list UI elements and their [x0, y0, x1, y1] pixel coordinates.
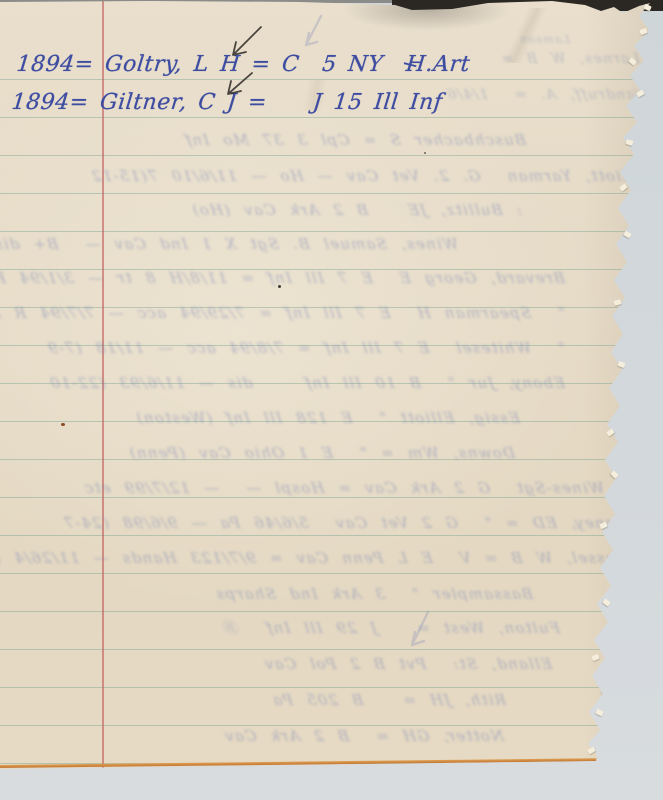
arrow-mark-icon: [228, 73, 252, 94]
bleedthrough-fragment: " ": [611, 736, 653, 750]
notebook-page: Lamson Larnes, W B = Vandruff, A. = 1/4/…: [0, 0, 663, 800]
bleed-arrow-ghost-icon: [306, 16, 321, 45]
torn-edge-fleck: [595, 709, 603, 716]
ink-speck: [278, 285, 281, 288]
bleed-arrow-ghost-icon: [412, 612, 428, 645]
foxing-dot: [61, 423, 65, 426]
scanned-notebook-page-scan: { "ink": { "line1": "1894= Goltry, L H =…: [0, 0, 663, 800]
annotation-marks: [0, 0, 663, 800]
arrow-mark-icon: [233, 27, 261, 55]
torn-edge-fleck: [602, 598, 611, 606]
ink-speck: [424, 152, 426, 154]
